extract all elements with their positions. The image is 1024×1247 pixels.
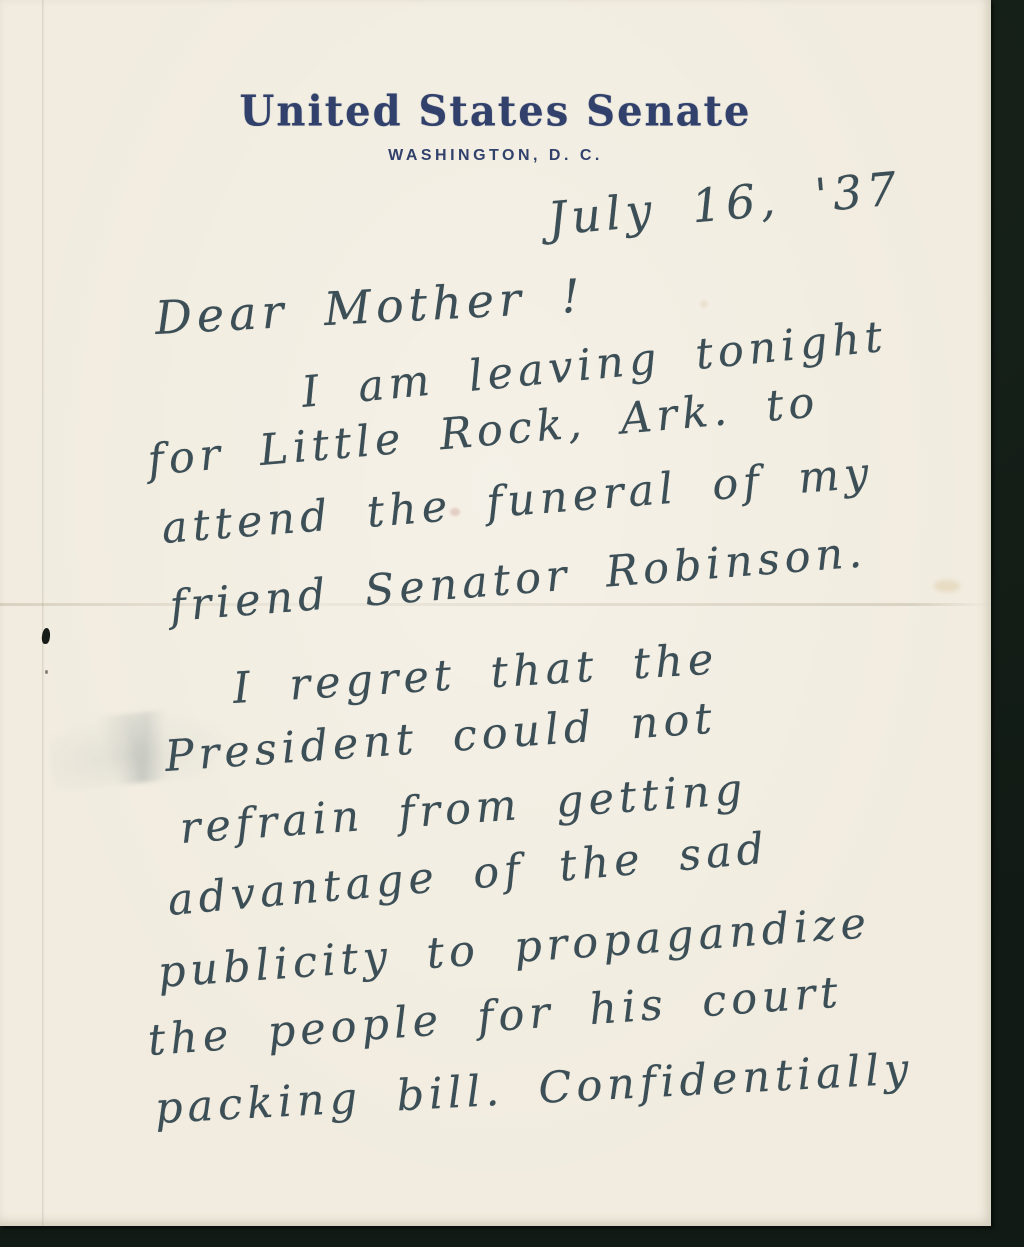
scanner-background: United States Senate WASHINGTON, D. C. J…: [0, 0, 1024, 1247]
handwritten-date: July 16, '37: [546, 165, 903, 242]
letterhead-subtitle: WASHINGTON, D. C.: [0, 147, 991, 165]
handwritten-line: packing bill. Confidentially: [154, 1048, 915, 1131]
foxing-spot: [934, 580, 960, 592]
ink-speck-small: [45, 670, 48, 674]
foxing-spot: [700, 300, 708, 308]
handwritten-salutation: Dear Mother !: [154, 273, 586, 341]
vertical-fold-crease: [42, 0, 45, 1226]
letter-paper: United States Senate WASHINGTON, D. C. J…: [0, 0, 991, 1226]
ink-speck: [41, 628, 51, 645]
handwritten-line: friend Senator Robinson.: [168, 531, 868, 629]
letterhead-title: United States Senate: [0, 87, 991, 136]
